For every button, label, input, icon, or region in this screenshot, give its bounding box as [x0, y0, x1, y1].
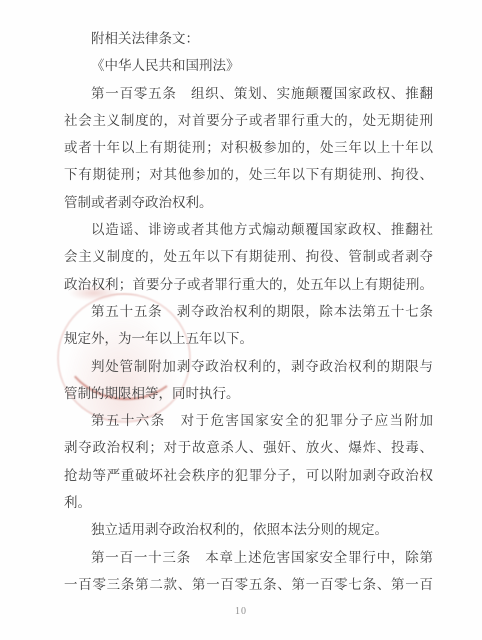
law-title: 《中华人民共和国刑法》: [64, 52, 433, 79]
text-line: 利。: [64, 489, 433, 516]
text-line: 社会主义制度的，对首要分子或者罪行重大的，处无期徒刑: [64, 107, 433, 134]
text-line: 管制或者剥夺政治权利。: [64, 189, 433, 216]
text-line: 会主义制度的，处五年以下有期徒刑、拘役、管制或者剥夺: [64, 243, 433, 270]
text-line: 独立适用剥夺政治权利的，依照本法分则的规定。: [64, 516, 433, 543]
text-line: 抢劫等严重破坏社会秩序的犯罪分子，可以附加剥夺政治权: [64, 462, 433, 489]
text-line: 规定外，为一年以上五年以下。: [64, 325, 433, 352]
text-line: 以造谣、诽谤或者其他方式煽动颠覆国家政权、推翻社: [64, 216, 433, 243]
text-line: 第一百一十三条 本章上述危害国家安全罪行中，除第: [64, 544, 433, 571]
text-line: 政治权利；首要分子或者罪行重大的，处五年以上有期徒刑。: [64, 271, 433, 298]
text-line: 第五十六条 对于危害国家安全的犯罪分子应当附加: [64, 407, 433, 434]
text-line: 剥夺政治权利；对于故意杀人、强奸、放火、爆炸、投毒、: [64, 434, 433, 461]
appendix-heading: 附相关法律条文：: [64, 25, 433, 52]
text-line: 下有期徒刑；对其他参加的，处三年以下有期徒刑、拘役、: [64, 161, 433, 188]
scanned-document-page: 附相关法律条文： 《中华人民共和国刑法》 第一百零五条 组织、策划、实施颠覆国家…: [0, 0, 482, 640]
page-number: 10: [0, 606, 482, 617]
text-line: 第五十五条 剥夺政治权利的期限，除本法第五十七条: [64, 298, 433, 325]
legal-text-block: 附相关法律条文： 《中华人民共和国刑法》 第一百零五条 组织、策划、实施颠覆国家…: [64, 25, 433, 598]
text-line: 或者十年以上有期徒刑；对积极参加的，处三年以上十年以: [64, 134, 433, 161]
text-line: 判处管制附加剥夺政治权利的，剥夺政治权利的期限与: [64, 353, 433, 380]
text-line: 管制的期限相等，同时执行。: [64, 380, 433, 407]
text-line: 第一百零五条 组织、策划、实施颠覆国家政权、推翻: [64, 80, 433, 107]
text-line: 一百零三条第二款、第一百零五条、第一百零七条、第一百: [64, 571, 433, 598]
